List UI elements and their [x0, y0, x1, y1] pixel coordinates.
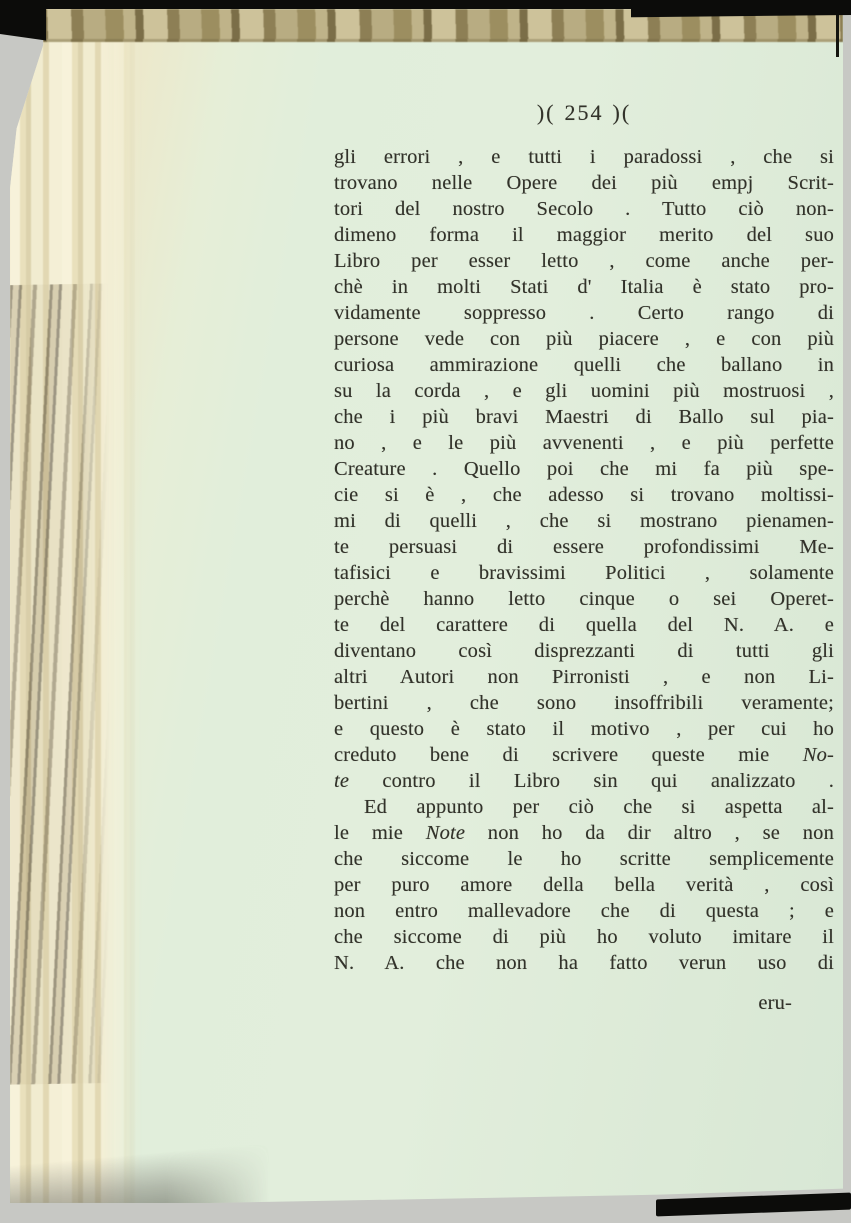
- text-line: bertini , che sono insoffribili verament…: [334, 690, 834, 716]
- text-line: le mie Note non ho da dir altro , se non: [334, 820, 834, 846]
- text-line: non entro mallevadore che di questa ; e: [334, 898, 834, 924]
- page-number-header: )( 254 )(: [334, 100, 834, 126]
- text-line: persone vede con più piacere , e con più: [334, 326, 834, 352]
- text-line: e questo è stato il motivo , per cui ho: [334, 716, 834, 742]
- page-edge-line-right: [836, 9, 839, 57]
- text-line: tori del nostro Secolo . Tutto ciò non-: [334, 196, 834, 222]
- text-line: per puro amore della bella verità , così: [334, 872, 834, 898]
- text-line: su la corda , e gli uomini più mostruosi…: [334, 378, 834, 404]
- text-line: chè in molti Stati d' Italia è stato pro…: [334, 274, 834, 300]
- text-line: tafisici e bravissimi Politici , solamen…: [334, 560, 834, 586]
- text-line: che siccome di più ho voluto imitare il: [334, 924, 834, 950]
- body-text: gli errori , e tutti i paradossi , che s…: [334, 144, 834, 1016]
- text-line: perchè hanno letto cinque o sei Operet-: [334, 586, 834, 612]
- text-line: mi di quelli , che si mostrano pienamen-: [334, 508, 834, 534]
- text-line: Ed appunto per ciò che si aspetta al-: [334, 794, 834, 820]
- text-line: no , e le più avvenenti , e più perfette: [334, 430, 834, 456]
- text-line: trovano nelle Opere dei più empj Scrit-: [334, 170, 834, 196]
- text-line: curiosa ammirazione quelli che ballano i…: [334, 352, 834, 378]
- shadow-wedge-bottom-right: [656, 1193, 851, 1217]
- text-line: che i più bravi Maestri di Ballo sul pia…: [334, 404, 834, 430]
- bottom-edge-shadow: [10, 1133, 270, 1203]
- text-line: gli errori , e tutti i paradossi , che s…: [334, 144, 834, 170]
- catchword: eru-: [334, 990, 834, 1016]
- text-line: N. A. che non ha fatto verun uso di: [334, 950, 834, 976]
- text-line: dimeno forma il maggior merito del suo: [334, 222, 834, 248]
- text-line: te del carattere di quella del N. A. e: [334, 612, 834, 638]
- text-line: cie si è , che adesso si trovano moltiss…: [334, 482, 834, 508]
- text-line: che siccome le ho scritte semplicemente: [334, 846, 834, 872]
- text-line: diventano così disprezzanti di tutti gli: [334, 638, 834, 664]
- text-line: Libro per esser letto , come anche per-: [334, 248, 834, 274]
- photo-frame-top-right: [631, 0, 851, 17]
- text-line: te persuasi di essere profondissimi Me-: [334, 534, 834, 560]
- text-line: Creature . Quello poi che mi fa più spe-: [334, 456, 834, 482]
- text-line: creduto bene di scrivere queste mie No-: [334, 742, 834, 768]
- text-line: te contro il Libro sin qui analizzato .: [334, 768, 834, 794]
- text-line: vidamente soppresso . Certo rango di: [334, 300, 834, 326]
- text-line: altri Autori non Pirronisti , e non Li-: [334, 664, 834, 690]
- text-column: )( 254 )( gli errori , e tutti i parados…: [334, 100, 834, 1016]
- binding-streaks-texture: [10, 283, 114, 1085]
- scanned-book-photo: )( 254 )( gli errori , e tutti i parados…: [0, 0, 851, 1223]
